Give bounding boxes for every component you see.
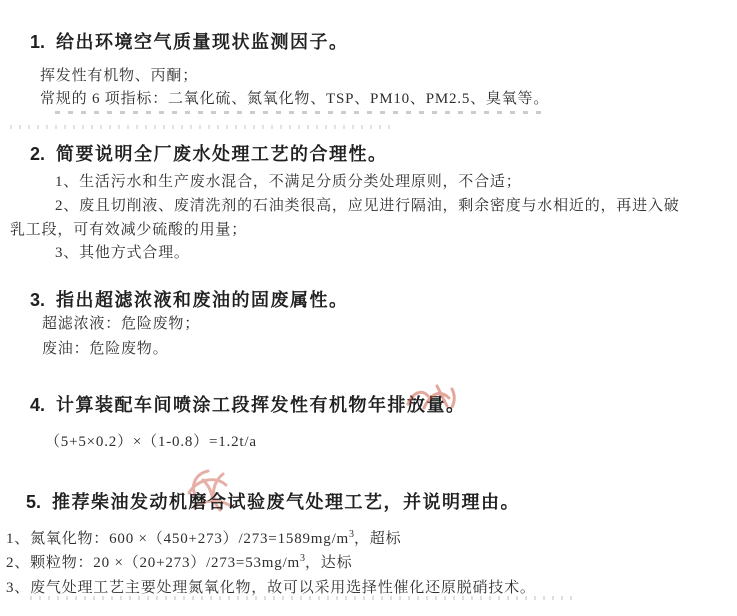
answer-line: 2、废且切削液、废清洗剂的石油类很高，应见进行隔油，剩余密度与水相近的，再进入破	[55, 194, 680, 215]
answer-line-text: ，超标	[354, 531, 401, 547]
answer-line: 3、废气处理工艺主要处理氮氧化物，故可以采用选择性催化还原脱硝技术。	[6, 576, 536, 597]
question-4-number: 4.	[30, 395, 45, 415]
question-2-number: 2.	[30, 144, 45, 164]
answer-line: 超滤浓液：危险废物；	[42, 312, 200, 333]
answer-line-text: 2、颗粒物：20 ×（20+273）/273=53mg/m	[6, 555, 300, 571]
answer-line: 2、颗粒物：20 ×（20+273）/273=53mg/m3，达标	[6, 551, 352, 572]
question-4-title: 4.计算装配车间喷涂工段挥发性有机物年排放量。	[30, 391, 466, 417]
question-3-number: 3.	[30, 290, 45, 310]
scan-artifact-row	[30, 596, 575, 600]
question-1-title-text: 给出环境空气质量现状监测因子。	[56, 32, 349, 52]
answer-line-text: ，达标	[305, 555, 352, 571]
question-5-title: 5.推荐柴油发动机磨合试验废气处理工艺，并说明理由。	[26, 488, 520, 514]
answer-line: 1、生活污水和生产废水混合，不满足分质分类处理原则，不合适；	[55, 170, 522, 191]
scan-artifact-row	[10, 125, 390, 129]
question-3-title: 3.指出超滤浓液和废油的固废属性。	[30, 286, 349, 312]
answer-line: 1、氮氧化物：600 ×（450+273）/273=1589mg/m3，超标	[6, 527, 401, 548]
answer-line: （5+5×0.2）×（1-0.8）=1.2t/a	[45, 430, 257, 451]
answer-line: 3、其他方式合理。	[55, 241, 190, 262]
answer-line-text: 1、氮氧化物：600 ×（450+273）/273=1589mg/m	[6, 531, 349, 547]
question-4-title-text: 计算装配车间喷涂工段挥发性有机物年排放量。	[56, 395, 466, 415]
question-5-title-text: 推荐柴油发动机磨合试验废气处理工艺，并说明理由。	[52, 492, 520, 512]
question-2-title-text: 简要说明全厂废水处理工艺的合理性。	[56, 144, 388, 164]
question-1-number: 1.	[30, 32, 45, 52]
question-1-title: 1.给出环境空气质量现状监测因子。	[30, 28, 349, 54]
scanned-answer-document: 1.给出环境空气质量现状监测因子。 挥发性有机物、丙酮； 常规的 6 项指标：二…	[0, 0, 737, 616]
answer-line: 乳工段，可有效减少硫酸的用量；	[10, 218, 247, 239]
question-3-title-text: 指出超滤浓液和废油的固废属性。	[56, 290, 349, 310]
scan-artifact-row	[55, 111, 545, 114]
answer-line: 常规的 6 项指标：二氧化硫、氮氧化物、TSP、PM10、PM2.5、臭氧等。	[40, 87, 549, 108]
answer-line: 废油：危险废物。	[42, 337, 168, 358]
answer-line: 挥发性有机物、丙酮；	[40, 64, 198, 85]
question-5-number: 5.	[26, 492, 41, 512]
question-2-title: 2.简要说明全厂废水处理工艺的合理性。	[30, 140, 388, 166]
